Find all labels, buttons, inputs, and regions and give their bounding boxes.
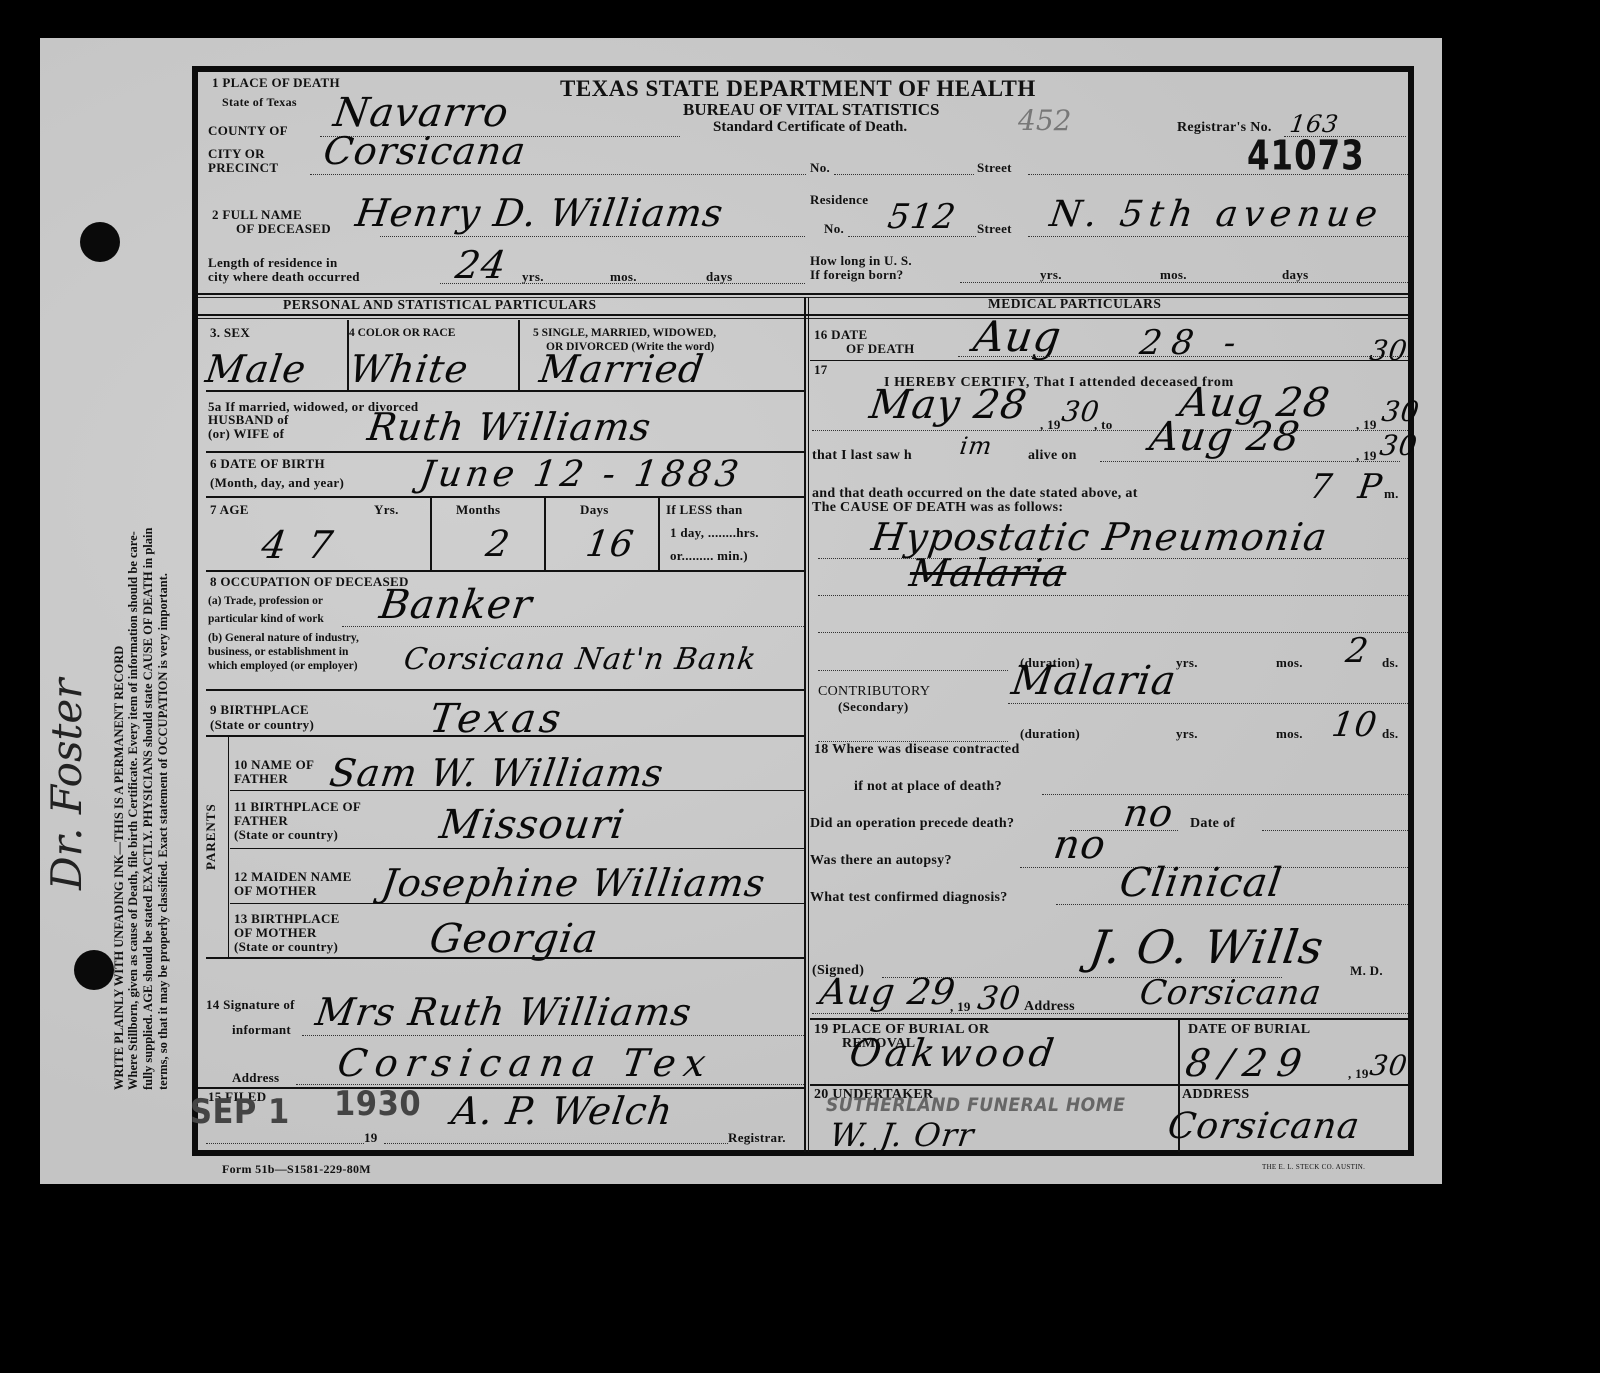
autopsy-value: no (1052, 828, 1109, 862)
margin-instructions-line-0: WRITE PLAINLY WITH UNFADING INK—THIS IS … (112, 100, 127, 1090)
mother-name-label-1: 12 MAIDEN NAME (234, 870, 352, 884)
parents-divider (228, 737, 229, 957)
residence-no-value: 512 (886, 200, 959, 234)
death-time-suffix: m. (1384, 487, 1399, 501)
operation-label: Did an operation precede death? (810, 817, 1014, 831)
length-residence-label-1: Length of residence in (208, 256, 338, 270)
father-bp-value: Missouri (438, 808, 627, 842)
full-name-label-2: OF DECEASED (236, 222, 331, 236)
signed-19-label: , 19 (950, 1000, 971, 1014)
instruction-text: fully supplied. AGE should be stated EXA… (141, 528, 155, 1090)
dob-label-2: (Month, day, and year) (210, 476, 344, 490)
operation-date-line (1262, 830, 1408, 831)
divider (230, 848, 804, 849)
state-label: State of Texas (222, 95, 297, 109)
spouse-label-2: HUSBAND of (208, 413, 289, 427)
personal-section-title: PERSONAL AND STATISTICAL PARTICULARS (283, 297, 596, 313)
signed-date-line (812, 1013, 1408, 1014)
informant-value: Mrs Ruth Williams (314, 995, 695, 1029)
us-yrs-label: yrs. (1040, 268, 1062, 282)
medical-section-title: MEDICAL PARTICULARS (988, 296, 1161, 312)
contributory-label-2: (Secondary) (838, 700, 908, 714)
birthplace-value: Texas (428, 702, 567, 736)
name-line (380, 236, 805, 237)
operation-value: no (1122, 796, 1176, 830)
residence-no-label: No. (824, 222, 844, 236)
burial-date-label: DATE OF BURIAL (1188, 1023, 1310, 1037)
divider (230, 903, 804, 904)
where-line (1042, 794, 1408, 795)
dob-value: June 12 - 1883 (418, 458, 745, 492)
undertaker-address-label: ADDRESS (1182, 1088, 1249, 1102)
contributory-label-1: CONTRIBUTORY (818, 685, 930, 699)
registrar-label: Registrar. (728, 1131, 786, 1145)
city-line (310, 174, 806, 175)
divider (198, 293, 1408, 295)
attended-to-year: 30 (1380, 398, 1422, 426)
margin-instructions-line-1: Where Stillborn, given as cause of Death… (126, 531, 141, 1090)
mother-name-label-2: OF MOTHER (234, 884, 317, 898)
duration-label-2: (duration) (1020, 727, 1080, 741)
where-label-2: if not at place of death? (854, 780, 1002, 794)
us-label-2: If foreign born? (810, 268, 903, 282)
marital-label-1: 5 SINGLE, MARRIED, WIDOWED, (533, 327, 716, 340)
contributory-duration-days: 10 (1330, 708, 1380, 742)
date-of-death-line (958, 356, 1408, 357)
instruction-text: Where Stillborn, given as cause of Death… (126, 531, 140, 1090)
mother-bp-value: Georgia (428, 922, 601, 956)
operation-date-label: Date of (1190, 817, 1235, 831)
deceased-name-value: Henry D. Williams (354, 196, 726, 230)
duration-yrs-label-2: yrs. (1176, 727, 1198, 741)
margin-handwritten-note: Dr. Foster (42, 679, 91, 890)
burial-place-value: Oakwood (848, 1036, 1060, 1070)
divider (198, 314, 1408, 316)
signed-address-label: Address (1024, 1000, 1075, 1014)
burial-date-19: , 19 (1348, 1067, 1369, 1081)
length-residence-yrs-value: 24 (454, 248, 509, 282)
death-time-label: and that death occurred on the date stat… (812, 487, 1138, 501)
street-line (1028, 174, 1408, 175)
test-label: What test confirmed diagnosis? (810, 891, 1008, 905)
length-mos-label: mos. (610, 270, 637, 284)
undertaker-value: W. J. Orr (828, 1118, 977, 1152)
father-name-value: Sam W. Williams (328, 756, 666, 790)
age-days-value: 16 (584, 528, 637, 562)
last-saw-date: Aug 28 (1148, 420, 1303, 454)
spouse-label-3: (or) WIFE of (208, 427, 284, 441)
sex-value: Male (204, 352, 309, 386)
occ-b-label-1: (b) General nature of industry, (208, 632, 359, 645)
birthplace-label-1: 9 BIRTHPLACE (210, 703, 309, 717)
duration-ds-label: ds. (1382, 656, 1398, 670)
city-label-1: CITY OR (208, 147, 265, 161)
informant-address-value: Corsicana Tex (336, 1046, 716, 1080)
date-of-death-label-1: 16 DATE (814, 328, 868, 342)
birthplace-label-2: (State or country) (210, 718, 314, 732)
cause-line (818, 558, 1408, 559)
informant-label-2: informant (232, 1023, 291, 1037)
age-less-label-1: If LESS than (666, 503, 743, 517)
us-days-label: days (1282, 268, 1309, 282)
county-label: COUNTY OF (208, 124, 288, 138)
length-residence-label-2: city where death occurred (208, 270, 360, 284)
residence-street-value: N. 5th avenue (1048, 198, 1386, 232)
duration-yrs-label: yrs. (1176, 656, 1198, 670)
full-name-label-1: 2 FULL NAME (212, 208, 302, 222)
duration-mos-label-2: mos. (1276, 727, 1303, 741)
county-value: Navarro (332, 96, 511, 130)
death-time-value: 7 P (1308, 470, 1392, 504)
alive-on-label: alive on (1028, 449, 1077, 463)
cause-duration-days: 2 (1344, 634, 1371, 668)
residence-label: Residence (810, 193, 868, 207)
occ-a-label-2: particular kind of work (208, 613, 324, 626)
city-label-2: PRECINCT (208, 161, 278, 175)
test-value: Clinical (1118, 866, 1285, 900)
marital-value: Married (538, 352, 707, 386)
street-label: Street (977, 161, 1012, 175)
filed-line (206, 1143, 364, 1144)
age-less-label-2: 1 day, ........hrs. (670, 526, 759, 540)
margin-instructions-line-3: terms, so that it may be properly classi… (156, 573, 171, 1090)
duration-mos-label: mos. (1276, 656, 1303, 670)
mother-name-value: Josephine Williams (380, 866, 768, 900)
mother-bp-label-1: 13 BIRTHPLACE (234, 912, 340, 926)
last-saw-line (1100, 461, 1400, 462)
burial-date-year: 30 (1368, 1052, 1410, 1080)
undertaker-address-value: Corsicana (1166, 1110, 1362, 1144)
last-saw-label: that I last saw h (812, 449, 912, 463)
us-mos-label: mos. (1160, 268, 1187, 282)
header-bureau: BUREAU OF VITAL STATISTICS (683, 100, 940, 120)
cause-line (818, 595, 1408, 596)
margin-instructions-line-2: fully supplied. AGE should be stated EXA… (141, 528, 156, 1090)
duration-ds-label-2: ds. (1382, 727, 1398, 741)
attended-line (812, 430, 1408, 431)
divider (810, 360, 1408, 361)
md-label: M. D. (1350, 964, 1383, 978)
filed-stamp-year: 1930 (334, 1084, 421, 1124)
printer-imprint: THE E. L. STECK CO. AUSTIN. (1262, 1160, 1365, 1174)
cause-line-2: Malaria (908, 556, 1069, 590)
attended-from-value: May 28 (868, 388, 1030, 422)
header-title: TEXAS STATE DEPARTMENT OF HEALTH (560, 76, 1036, 102)
divider (206, 735, 804, 737)
duration-line (818, 670, 1008, 671)
age-days-label: Days (580, 503, 609, 517)
test-line (1056, 904, 1408, 905)
us-line (960, 282, 1408, 283)
date-of-death-month: Aug (972, 320, 1064, 354)
no-line (834, 174, 974, 175)
occ-b-label-2: business, or establishment in (208, 646, 348, 659)
cert-num-label: 17 (814, 363, 828, 377)
father-bp-label-3: (State or country) (234, 828, 338, 842)
pencil-note: 452 (1018, 104, 1071, 137)
date-of-death-year: 30 (1368, 334, 1410, 368)
autopsy-label: Was there an autopsy? (810, 854, 952, 868)
age-less-label-3: or......... min.) (670, 549, 748, 563)
residence-street-line (1028, 236, 1408, 237)
divider (810, 1018, 1408, 1020)
center-divider (804, 297, 806, 1152)
age-label: 7 AGE (210, 503, 249, 517)
divider (206, 570, 804, 572)
divider (518, 320, 520, 390)
place-of-death-label: 1 PLACE OF DEATH (212, 76, 340, 90)
divider (206, 689, 804, 691)
contributory-line (1008, 703, 1408, 704)
cause-label: The CAUSE OF DEATH was as follows: (812, 501, 1063, 515)
punch-hole-bottom (74, 950, 114, 990)
race-label: 4 COLOR OR RACE (349, 327, 455, 340)
dob-label-1: 6 DATE OF BIRTH (210, 457, 325, 471)
father-name-label-2: FATHER (234, 772, 288, 786)
city-value: Corsicana (322, 134, 529, 168)
contributory-value: Malaria (1010, 664, 1179, 698)
mother-bp-label-3: (State or country) (234, 940, 338, 954)
cause-line (818, 632, 1408, 633)
race-value: White (348, 352, 471, 386)
father-bp-label-1: 11 BIRTHPLACE OF (234, 800, 361, 814)
father-bp-label-2: FATHER (234, 814, 288, 828)
divider (544, 498, 546, 570)
occ-a-label-1: (a) Trade, profession or (208, 595, 323, 608)
filed-19-label: 19 (364, 1131, 378, 1145)
divider (206, 496, 804, 498)
occ-a-line (342, 626, 804, 627)
father-name-label-1: 10 NAME OF (234, 758, 314, 772)
physician-signature: J. O. Wills (1088, 930, 1326, 964)
filed-line (384, 1143, 728, 1144)
age-months-label: Months (456, 503, 500, 517)
signed-year-value: 30 (976, 984, 1023, 1012)
date-of-death-day: 28 - (1138, 326, 1248, 360)
age-months-value: 2 (484, 528, 513, 562)
length-days-label: days (706, 270, 733, 284)
occ-a-value: Banker (378, 588, 535, 622)
sex-label: 3. SEX (210, 326, 250, 340)
length-yrs-label: yrs. (522, 270, 544, 284)
cause-line-1: Hypostatic Pneumonia (870, 520, 1330, 554)
instruction-text: WRITE PLAINLY WITH UNFADING INK—THIS IS … (112, 646, 126, 1090)
divider (430, 498, 432, 570)
registrar-signature: A. P. Welch (450, 1094, 676, 1128)
signed-date-value: Aug 29 (818, 976, 958, 1010)
length-line (440, 283, 805, 284)
informant-address-label: Address (232, 1071, 279, 1085)
occ-b-value: Corsicana Nat'n Bank (402, 646, 758, 674)
last-saw-pronoun: im (958, 434, 994, 458)
signed-address-value: Corsicana (1138, 976, 1324, 1010)
informant-line (302, 1035, 804, 1036)
parents-label: PARENTS (204, 803, 218, 870)
residence-no-line (848, 236, 976, 237)
informant-label-1: 14 Signature of (206, 998, 295, 1012)
where-label-1: 18 Where was disease contracted (814, 743, 1020, 757)
residence-street-label: Street (977, 222, 1012, 236)
last-saw-year: 30 (1378, 432, 1420, 460)
divider (206, 957, 804, 959)
age-yrs-label: Yrs. (374, 503, 399, 517)
divider (810, 1084, 1408, 1086)
divider (658, 498, 660, 570)
us-label-1: How long in U. S. (810, 254, 912, 268)
occ-b-label-3: which employed (or employer) (208, 660, 358, 673)
center-divider (808, 297, 809, 1152)
age-yrs-value: 47 (260, 528, 357, 562)
divider (206, 451, 804, 453)
date-of-death-label-2: OF DEATH (846, 342, 915, 356)
divider (198, 318, 1408, 319)
divider (206, 390, 804, 392)
form-number: Form 51b—S1581-229-80M (222, 1162, 371, 1176)
burial-date-value: 8/29 (1184, 1046, 1314, 1080)
file-number-stamp: 41073 (1247, 133, 1365, 180)
occupation-label: 8 OCCUPATION OF DECEASED (210, 575, 409, 589)
undertaker-stamp: SUTHERLAND FUNERAL HOME (826, 1094, 1125, 1116)
mother-bp-label-2: OF MOTHER (234, 926, 317, 940)
no-label: No. (810, 161, 830, 175)
divider (230, 790, 804, 791)
instruction-text: terms, so that it may be properly classi… (156, 573, 170, 1090)
spouse-value: Ruth Williams (366, 410, 654, 444)
filed-stamp-date: SEP 1 (190, 1092, 290, 1132)
header-subtitle: Standard Certificate of Death. (713, 119, 907, 136)
